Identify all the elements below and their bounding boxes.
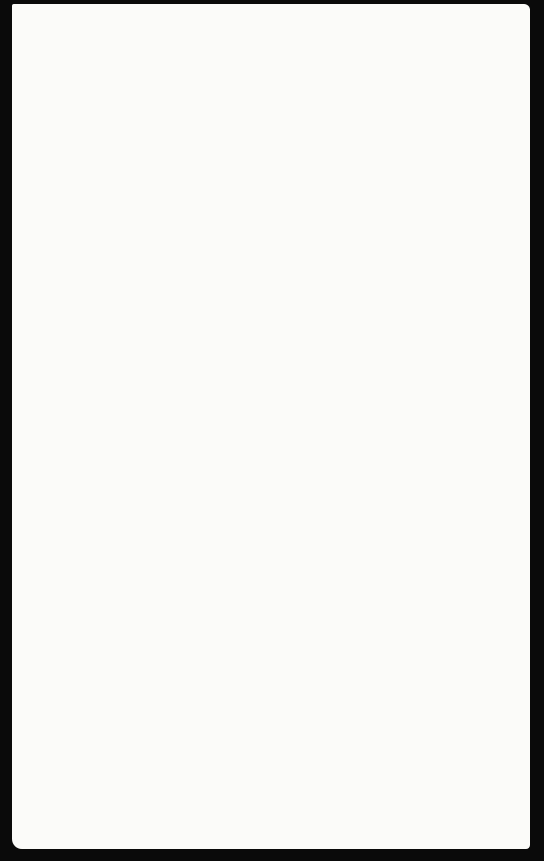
manuscript-page <box>12 4 530 849</box>
